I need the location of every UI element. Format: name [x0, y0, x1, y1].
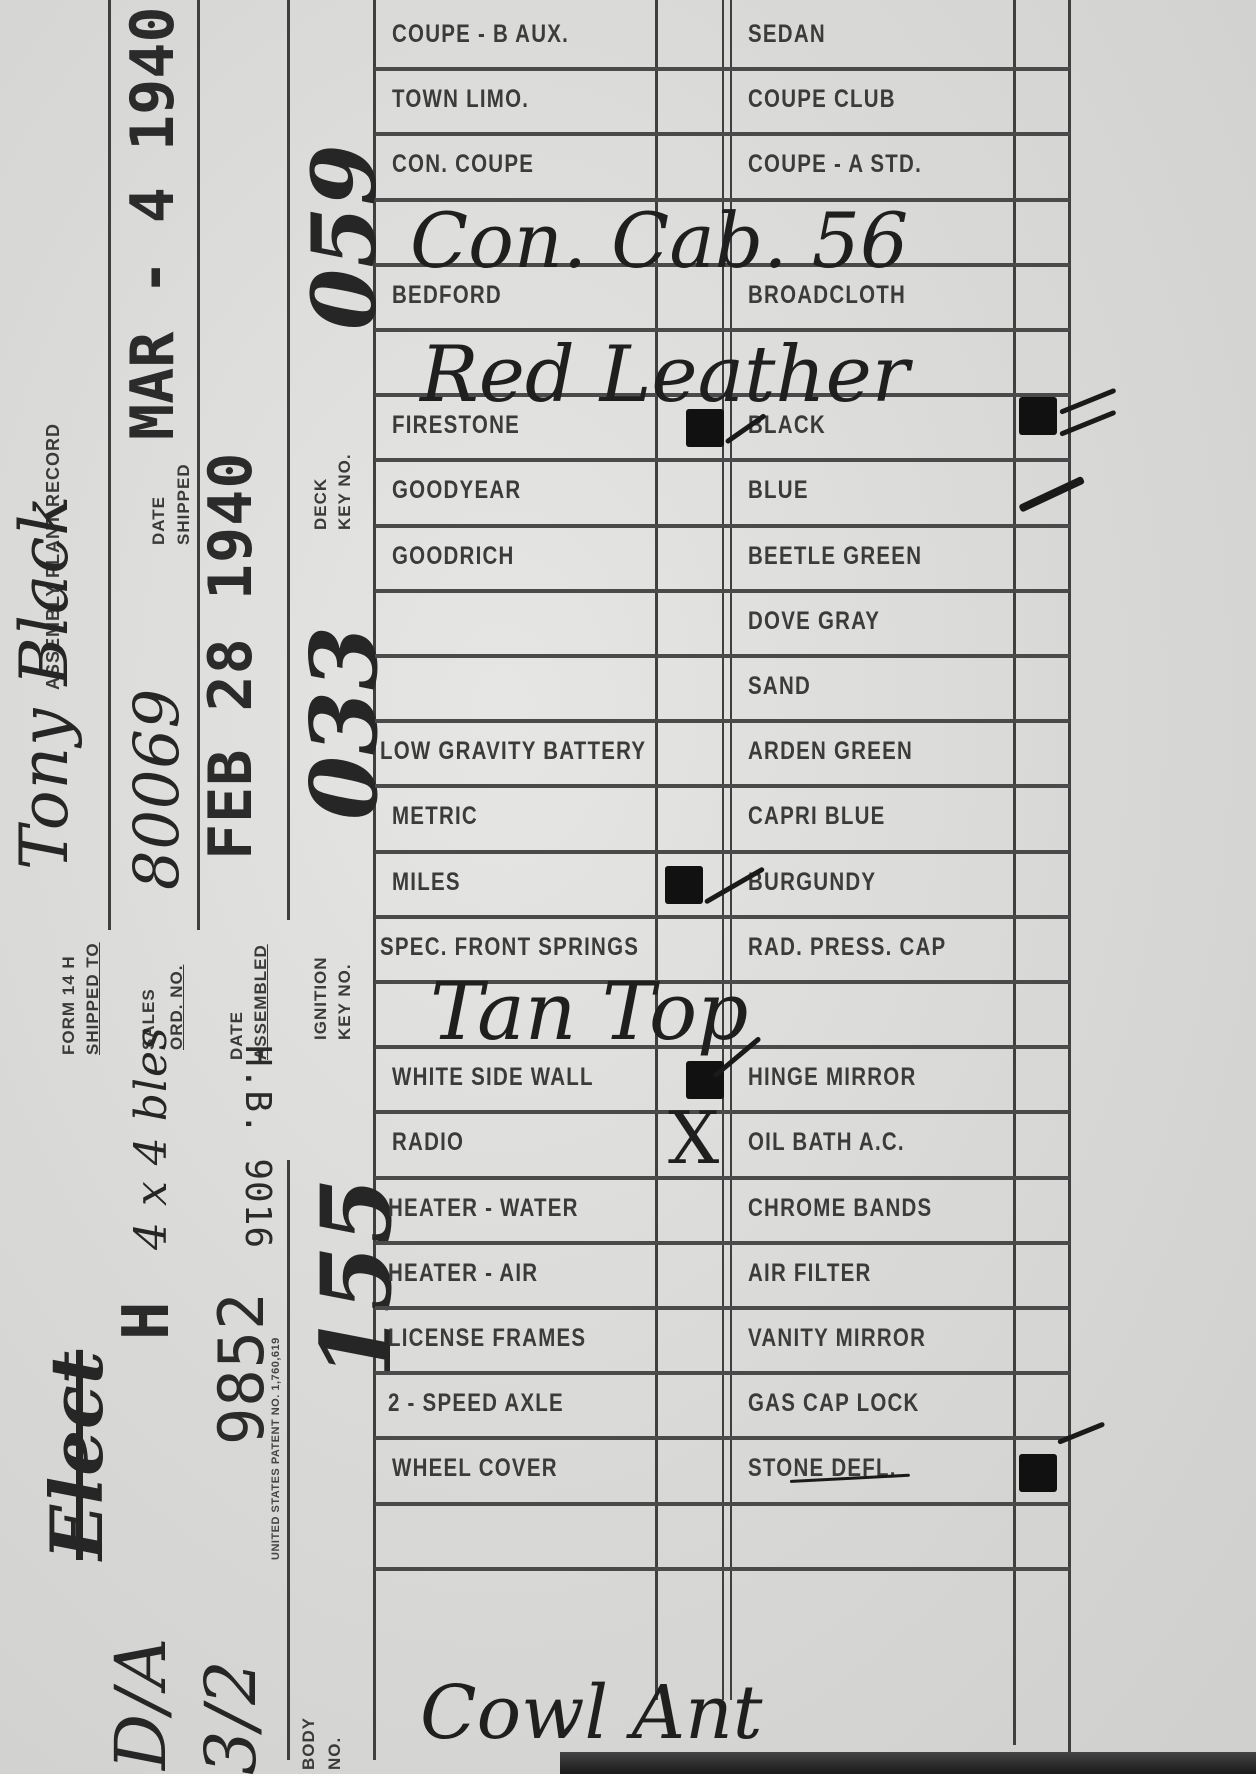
grid-row-line — [375, 1110, 1070, 1114]
option-checkbox-left[interactable] — [660, 658, 720, 718]
grid-row-line — [375, 1306, 1070, 1310]
option-label-right: AIR FILTER — [748, 1259, 872, 1288]
shipped-to-label: SHIPPED TO — [84, 942, 102, 1055]
option-checkbox-right[interactable] — [1017, 984, 1067, 1044]
option-checkbox-right[interactable] — [1017, 397, 1067, 457]
column-divider — [287, 1160, 290, 1760]
option-checkbox-left[interactable] — [660, 6, 720, 66]
check-mark-icon — [1019, 397, 1057, 435]
deck-key-label-2: KEY NO. — [336, 453, 354, 530]
option-label-left: WHEEL COVER — [392, 1454, 558, 1483]
option-checkbox-right[interactable] — [1017, 593, 1067, 653]
option-label-right: CHROME BANDS — [748, 1194, 932, 1223]
handwritten-body-type: Con. Cab. 56 — [410, 196, 908, 285]
date-shipped-value: MAR - 4 1940 — [118, 7, 188, 440]
grid-row-line — [375, 915, 1070, 919]
grid-row-line — [375, 654, 1070, 658]
option-label-left: 2 - SPEED AXLE — [388, 1389, 564, 1418]
option-label-right: DOVE GRAY — [748, 607, 880, 636]
ignition-key-label-2: KEY NO. — [336, 963, 354, 1040]
option-label-right: BLUE — [748, 476, 809, 505]
option-checkbox-right[interactable] — [1017, 788, 1067, 848]
date-assembled-label-2: ASSEMBLED — [252, 944, 270, 1060]
grid-row-line — [375, 1176, 1070, 1180]
option-label-left: WHITE SIDE WALL — [392, 1063, 594, 1092]
option-checkbox-right[interactable] — [1017, 1310, 1067, 1370]
option-checkbox-right[interactable] — [1017, 202, 1067, 262]
grid-row-line — [375, 784, 1070, 788]
shipped-to-value: Tony Black — [6, 495, 83, 870]
option-label-left: RADIO — [392, 1128, 464, 1157]
shipped-to-date-note: 3/2 — [190, 1659, 272, 1774]
scan-shadow — [560, 1752, 1256, 1774]
option-checkbox-right[interactable] — [1017, 1506, 1067, 1566]
option-label-left: HEATER - AIR — [388, 1259, 538, 1288]
option-label-left: COUPE - B AUX. — [392, 20, 569, 49]
option-label-left: GOODYEAR — [392, 476, 521, 505]
option-checkbox-left[interactable] — [660, 1440, 720, 1500]
grid-row-line — [375, 1567, 1070, 1571]
option-checkbox-right[interactable] — [1017, 1114, 1067, 1174]
option-checkbox-left[interactable] — [660, 723, 720, 783]
deck-key-label: DECK — [312, 478, 330, 530]
option-checkbox-right[interactable] — [1017, 723, 1067, 783]
option-label-right: SEDAN — [748, 20, 826, 49]
grid-row-line — [375, 1371, 1070, 1375]
date-assembled-value: FEB 28 1940 — [196, 452, 266, 860]
grid-check-divider-right — [1013, 0, 1016, 1745]
option-checkbox-right[interactable] — [1017, 6, 1067, 66]
option-label-left: HEATER - WATER — [388, 1194, 579, 1223]
option-checkbox-left[interactable] — [660, 788, 720, 848]
check-mark-icon — [1019, 1454, 1057, 1492]
date-assembled-serial: H.B. 9016 — [237, 1045, 278, 1249]
grid-row-line — [375, 589, 1070, 593]
option-checkbox-right[interactable] — [1017, 1049, 1067, 1109]
option-checkbox-right[interactable] — [1017, 267, 1067, 327]
option-label-left: METRIC — [392, 802, 478, 831]
option-label-left: MILES — [392, 868, 461, 897]
date-shipped-label: DATE — [150, 496, 168, 545]
option-label-left: LOW GRAVITY BATTERY — [380, 737, 646, 766]
option-checkbox-right[interactable] — [1017, 854, 1067, 914]
option-checkbox-left[interactable] — [660, 1310, 720, 1370]
deck-key-value: 059 — [292, 143, 396, 330]
option-checkbox-left[interactable] — [660, 462, 720, 522]
grid-row-line — [375, 850, 1070, 854]
grid-row-line — [375, 719, 1070, 723]
grid-row-line — [375, 67, 1070, 71]
option-label-left: SPEC. FRONT SPRINGS — [380, 933, 639, 962]
option-checkbox-right[interactable] — [1017, 919, 1067, 979]
option-checkbox-right[interactable] — [1017, 1440, 1067, 1500]
sales-order-note: 4 x 4 bles — [126, 1026, 177, 1250]
date-shipped-label-2: SHIPPED — [175, 463, 193, 545]
patent-note: UNITED STATES PATENT NO. 1,760,619 — [270, 1337, 282, 1560]
option-checkbox-left[interactable] — [660, 1245, 720, 1305]
column-divider — [108, 0, 111, 930]
option-checkbox-right[interactable] — [1017, 658, 1067, 718]
option-checkbox-right[interactable] — [1017, 528, 1067, 588]
option-label-right: COUPE CLUB — [748, 85, 896, 114]
option-checkbox-right[interactable] — [1017, 1180, 1067, 1240]
grid-row-line — [375, 524, 1070, 528]
shipped-to-code: H — [110, 1300, 184, 1340]
option-label-left: BEDFORD — [392, 281, 502, 310]
sales-order-value: 80069 — [120, 688, 193, 890]
option-label-right: ARDEN GREEN — [748, 737, 913, 766]
option-label-right: OIL BATH A.C. — [748, 1128, 905, 1157]
option-checkbox-right[interactable] — [1017, 136, 1067, 196]
option-label-right: BEETLE GREEN — [748, 542, 922, 571]
handwritten-upholstery: Red Leather — [420, 330, 909, 420]
option-checkbox-left[interactable] — [660, 593, 720, 653]
ignition-key-label: IGNITION — [312, 956, 330, 1040]
option-checkbox-right[interactable] — [1017, 1245, 1067, 1305]
check-mark-icon — [665, 866, 703, 904]
option-checkbox-left[interactable] — [660, 528, 720, 588]
option-label-right: BURGUNDY — [748, 868, 876, 897]
option-checkbox-left[interactable] — [660, 136, 720, 196]
grid-row-line — [375, 1436, 1070, 1440]
option-label-left: LICENSE FRAMES — [388, 1324, 586, 1353]
option-checkbox-right[interactable] — [1017, 71, 1067, 131]
shipped-to-note: D/A — [100, 1637, 182, 1770]
option-checkbox-left[interactable] — [660, 854, 720, 914]
assembly-plant-record-card: FORM 14 H SHIPPED TO ASSEMBLY PLANT RECO… — [0, 0, 1256, 1774]
option-label-right: HINGE MIRROR — [748, 1063, 917, 1092]
option-checkbox-left[interactable] — [660, 1180, 720, 1240]
option-label-right: GAS CAP LOCK — [748, 1389, 920, 1418]
grid-row-line — [375, 1241, 1070, 1245]
grid-row-line — [375, 132, 1070, 136]
option-label-right: COUPE - A STD. — [748, 150, 922, 179]
form-number-label: FORM 14 H — [60, 955, 78, 1055]
option-label-left: CON. COUPE — [392, 150, 534, 179]
handwritten-top: Tan Top — [430, 965, 748, 1058]
option-checkbox-left[interactable] — [660, 71, 720, 131]
option-label-right: CAPRI BLUE — [748, 802, 886, 831]
option-checkbox-left[interactable] — [660, 1375, 720, 1435]
sales-order-stamped: 9852 — [205, 1292, 278, 1445]
option-checkbox-left[interactable] — [660, 1506, 720, 1566]
option-label-right: BROADCLOTH — [748, 281, 906, 310]
option-label-right: SAND — [748, 672, 811, 701]
option-checkbox-right[interactable] — [1017, 1375, 1067, 1435]
handwritten-radio-mark: X — [668, 1096, 719, 1180]
shipped-to-crossed-value: Elect — [34, 1350, 119, 1560]
body-no-label-2: NO. — [326, 1737, 344, 1770]
handwritten-bottom-note: Cowl Ant — [420, 1670, 763, 1756]
grid-row-line — [375, 1502, 1070, 1506]
option-label-left: GOODRICH — [392, 542, 515, 571]
body-no-label: BODY — [300, 1717, 318, 1770]
grid-row-line — [375, 458, 1070, 462]
option-label-left: TOWN LIMO. — [392, 85, 529, 114]
option-label-right: RAD. PRESS. CAP — [748, 933, 946, 962]
option-label-right: VANITY MIRROR — [748, 1324, 926, 1353]
option-checkbox-right[interactable] — [1017, 332, 1067, 392]
check-mark-icon — [686, 1061, 724, 1099]
